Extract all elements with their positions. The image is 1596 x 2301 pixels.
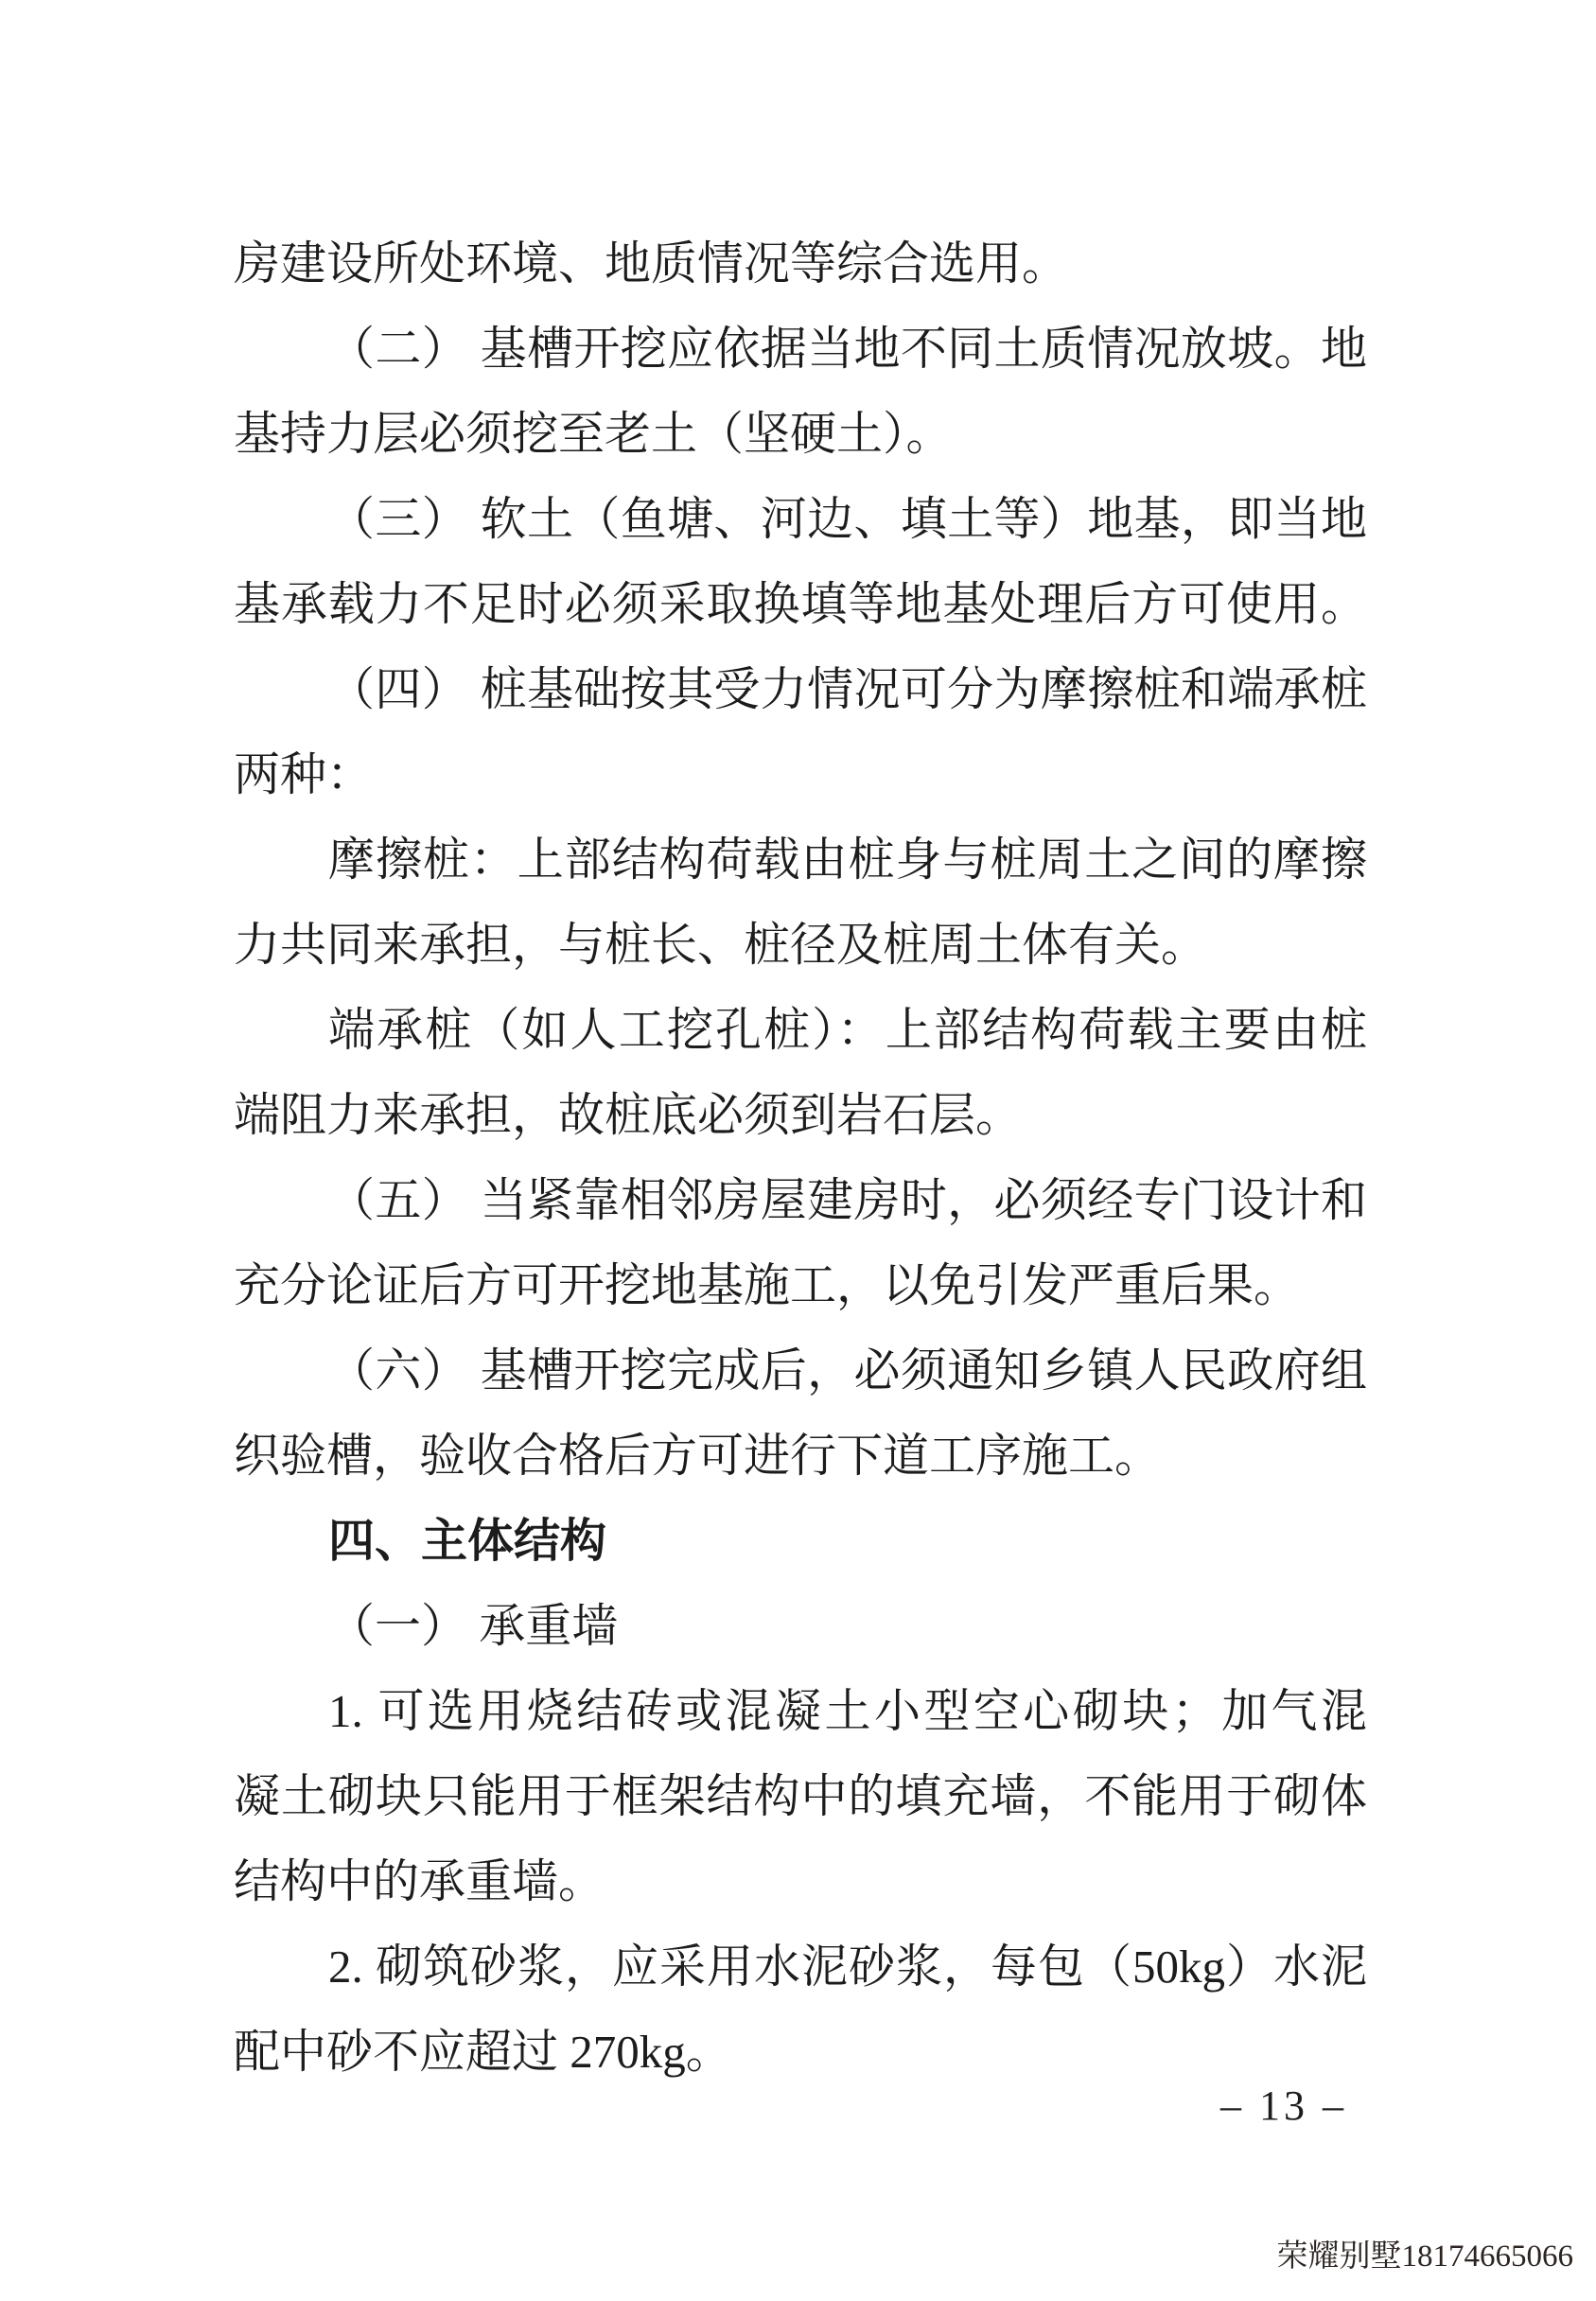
body-line: 充分论证后方可开挖地基施工，以免引发严重后果。 — [234, 1243, 1367, 1328]
document-page: 房建设所处环境、地质情况等综合选用。 （二） 基槽开挖应依据当地不同土质情况放坡… — [0, 0, 1596, 2301]
body-line: （二） 基槽开挖应依据当地不同土质情况放坡。地 — [234, 307, 1367, 392]
body-line: 织验槽，验收合格后方可进行下道工序施工。 — [234, 1414, 1367, 1499]
body-line: 力共同来承担，与桩长、桩径及桩周土体有关。 — [234, 903, 1367, 988]
body-line: 2. 砌筑砂浆，应采用水泥砂浆，每包（50kg）水泥 — [234, 1924, 1367, 2010]
body-line: 1. 可选用烧结砖或混凝土小型空心砌块；加气混 — [234, 1669, 1367, 1754]
body-line: 端阻力来承担，故桩底必须到岩石层。 — [234, 1073, 1367, 1158]
body-line: 端承桩（如人工挖孔桩）：上部结构荷载主要由桩 — [234, 988, 1367, 1073]
watermark-text: 荣耀别墅18174665066 — [1277, 2237, 1574, 2276]
body-line: （四） 桩基础按其受力情况可分为摩擦桩和端承桩 — [234, 647, 1367, 732]
body-line: （五） 当紧靠相邻房屋建房时，必须经专门设计和 — [234, 1158, 1367, 1243]
document-body: 房建设所处环境、地质情况等综合选用。 （二） 基槽开挖应依据当地不同土质情况放坡… — [234, 221, 1367, 2095]
subsection-heading: （一） 承重墙 — [234, 1584, 1367, 1669]
page-number: – 13 – — [1220, 2081, 1347, 2131]
body-line: 配中砂不应超过 270kg。 — [234, 2010, 1367, 2095]
body-line: （六） 基槽开挖完成后，必须通知乡镇人民政府组 — [234, 1328, 1367, 1414]
body-line: 结构中的承重墙。 — [234, 1839, 1367, 1924]
body-line: 基持力层必须挖至老土（坚硬土）。 — [234, 392, 1367, 477]
body-line: 摩擦桩：上部结构荷载由桩身与桩周土之间的摩擦 — [234, 817, 1367, 903]
body-line: （三） 软土（鱼塘、河边、填土等）地基，即当地 — [234, 477, 1367, 562]
section-heading: 四、主体结构 — [234, 1499, 1367, 1584]
body-line: 基承载力不足时必须采取换填等地基处理后方可使用。 — [234, 562, 1367, 647]
body-line: 两种： — [234, 732, 1367, 817]
body-line: 房建设所处环境、地质情况等综合选用。 — [234, 221, 1367, 307]
body-line: 凝土砌块只能用于框架结构中的填充墙，不能用于砌体 — [234, 1754, 1367, 1839]
